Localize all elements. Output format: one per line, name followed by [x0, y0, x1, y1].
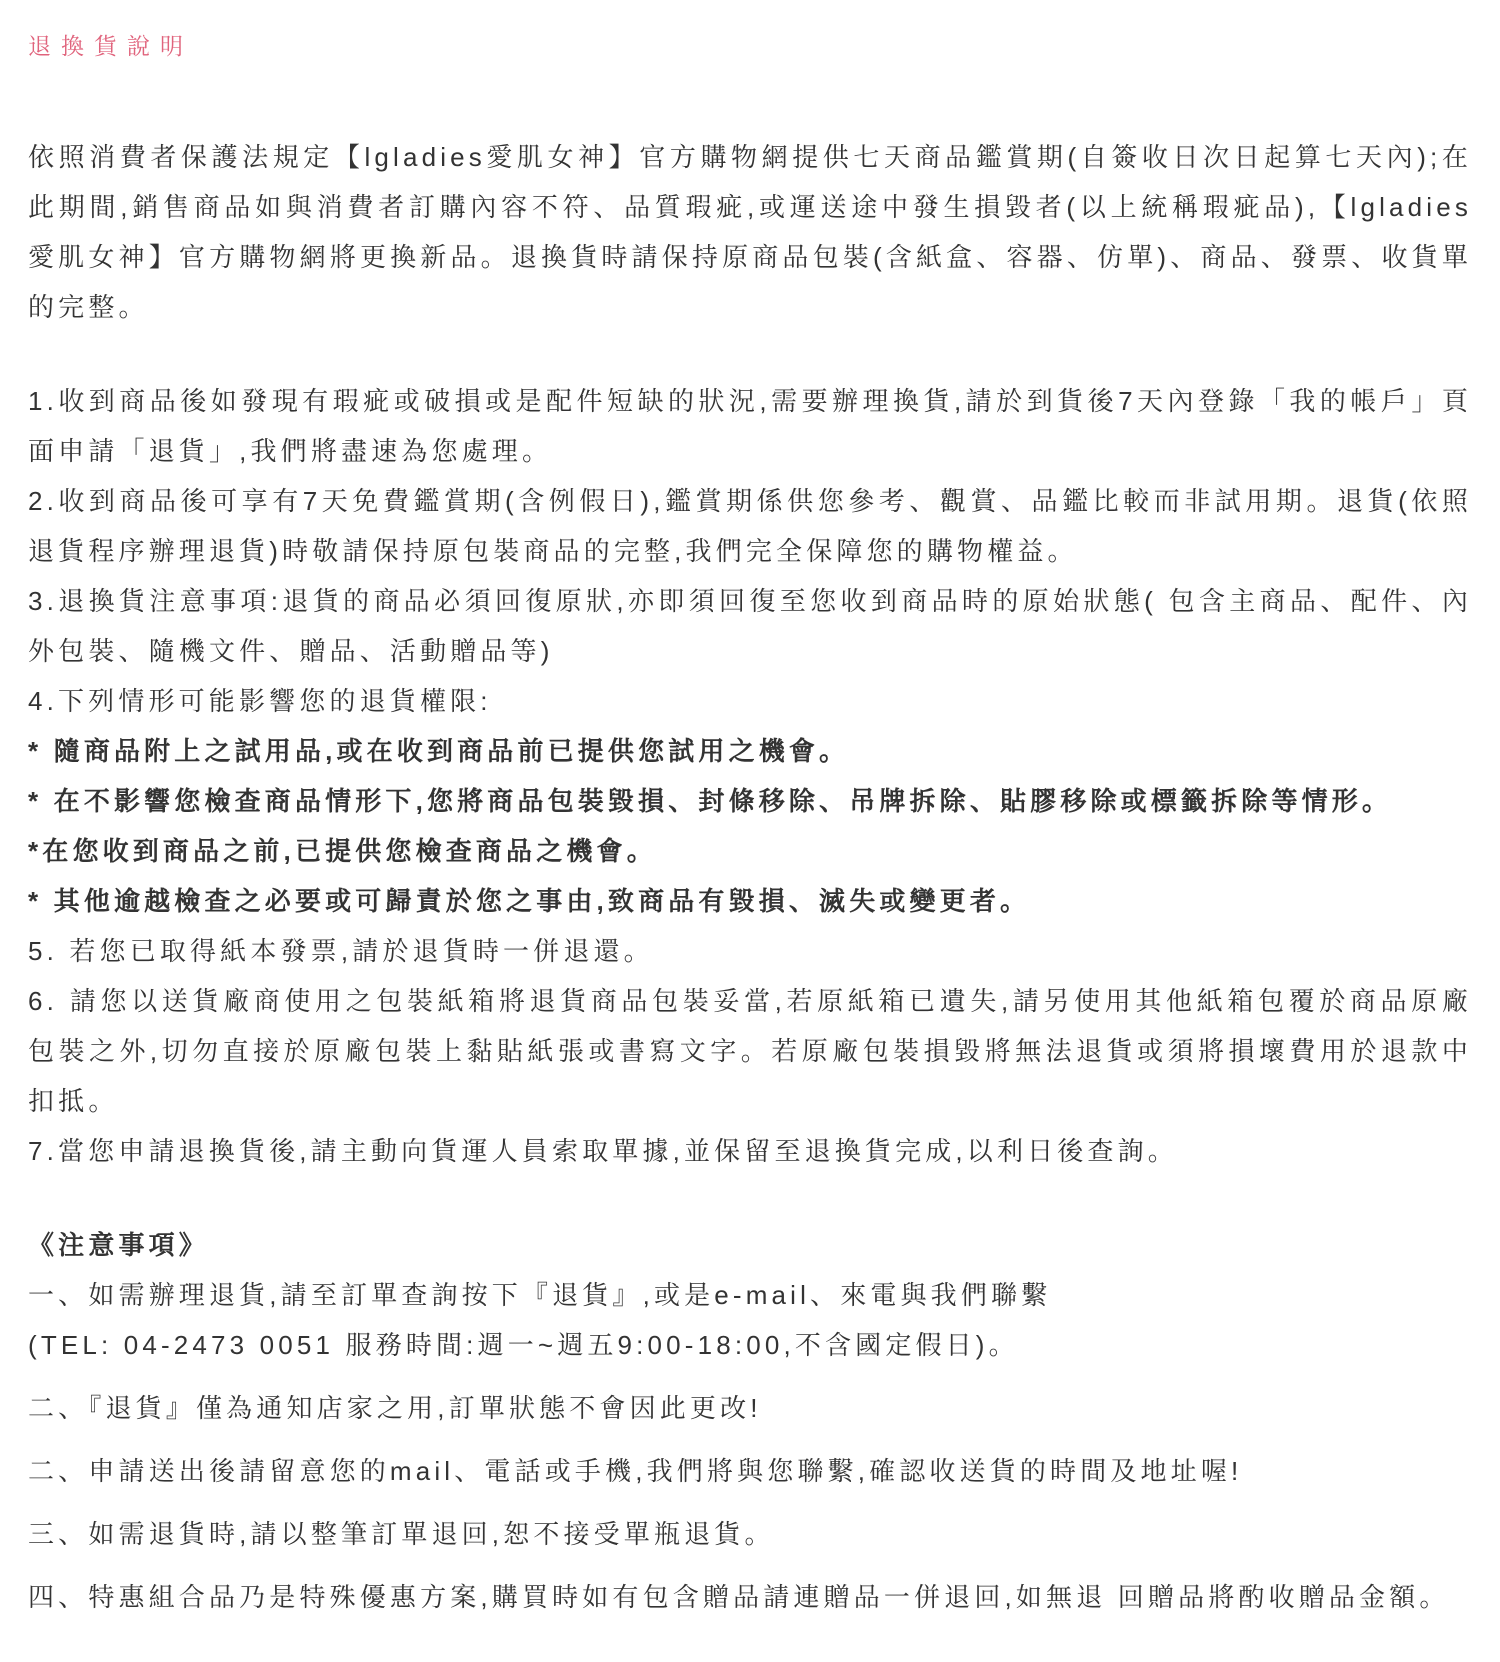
page-title: 退換貨說明 [28, 30, 1472, 62]
notice-list: 一、如需辦理退貨,請至訂單查詢按下『退貨』,或是e-mail、來電與我們聯繫 (… [28, 1270, 1472, 1622]
policy-rule-1: 1.收到商品後如發現有瑕疵或破損或是配件短缺的狀況,需要辦理換貨,請於到貨後7天… [28, 376, 1472, 476]
notice-line-tel: (TEL: 04-2473 0051 服務時間:週一~週五9:00-18:00,… [28, 1320, 1472, 1370]
notice-line-3: 二、申請送出後請留意您的mail、電話或手機,我們將與您聯繫,確認收送貨的時間及… [28, 1446, 1472, 1496]
notice-line-2: 二、『退貨』僅為通知店家之用,訂單狀態不會因此更改! [28, 1383, 1472, 1433]
notice-section-heading: 《注意事項》 [28, 1220, 1472, 1270]
policy-rule-3: 3.退換貨注意事項:退貨的商品必須回復原狀,亦即須回復至您收到商品時的原始狀態(… [28, 576, 1472, 676]
policy-rule-4-bullet-4: * 其他逾越檢查之必要或可歸責於您之事由,致商品有毀損、滅失或變更者。 [28, 876, 1472, 926]
policy-rule-4-bullet-1: * 隨商品附上之試用品,或在收到商品前已提供您試用之機會。 [28, 726, 1472, 776]
policy-rules-list: 1.收到商品後如發現有瑕疵或破損或是配件短缺的狀況,需要辦理換貨,請於到貨後7天… [28, 376, 1472, 1176]
notice-line-5: 四、特惠組合品乃是特殊優惠方案,購買時如有包含贈品請連贈品一併退回,如無退 回贈… [28, 1572, 1472, 1622]
policy-rule-4: 4.下列情形可能影響您的退貨權限: [28, 676, 1472, 726]
policy-rule-4-bullet-3: *在您收到商品之前,已提供您檢查商品之機會。 [28, 826, 1472, 876]
return-policy-document: 退換貨說明 依照消費者保護法規定【lgladies愛肌女神】官方購物網提供七天商… [0, 0, 1500, 1662]
policy-rule-7: 7.當您申請退換貨後,請主動向貨運人員索取單據,並保留至退換貨完成,以利日後查詢… [28, 1126, 1472, 1176]
intro-paragraph: 依照消費者保護法規定【lgladies愛肌女神】官方購物網提供七天商品鑑賞期(自… [28, 132, 1472, 332]
policy-rule-5: 5. 若您已取得紙本發票,請於退貨時一併退還。 [28, 926, 1472, 976]
notice-line-4: 三、如需退貨時,請以整筆訂單退回,恕不接受單瓶退貨。 [28, 1509, 1472, 1559]
policy-rule-6: 6. 請您以送貨廠商使用之包裝紙箱將退貨商品包裝妥當,若原紙箱已遺失,請另使用其… [28, 976, 1472, 1126]
notice-line-1: 一、如需辦理退貨,請至訂單查詢按下『退貨』,或是e-mail、來電與我們聯繫 [28, 1270, 1472, 1320]
policy-rule-4-bullet-2: * 在不影響您檢查商品情形下,您將商品包裝毀損、封條移除、吊牌拆除、貼膠移除或標… [28, 776, 1472, 826]
policy-rule-2: 2.收到商品後可享有7天免費鑑賞期(含例假日),鑑賞期係供您參考、觀賞、品鑑比較… [28, 476, 1472, 576]
